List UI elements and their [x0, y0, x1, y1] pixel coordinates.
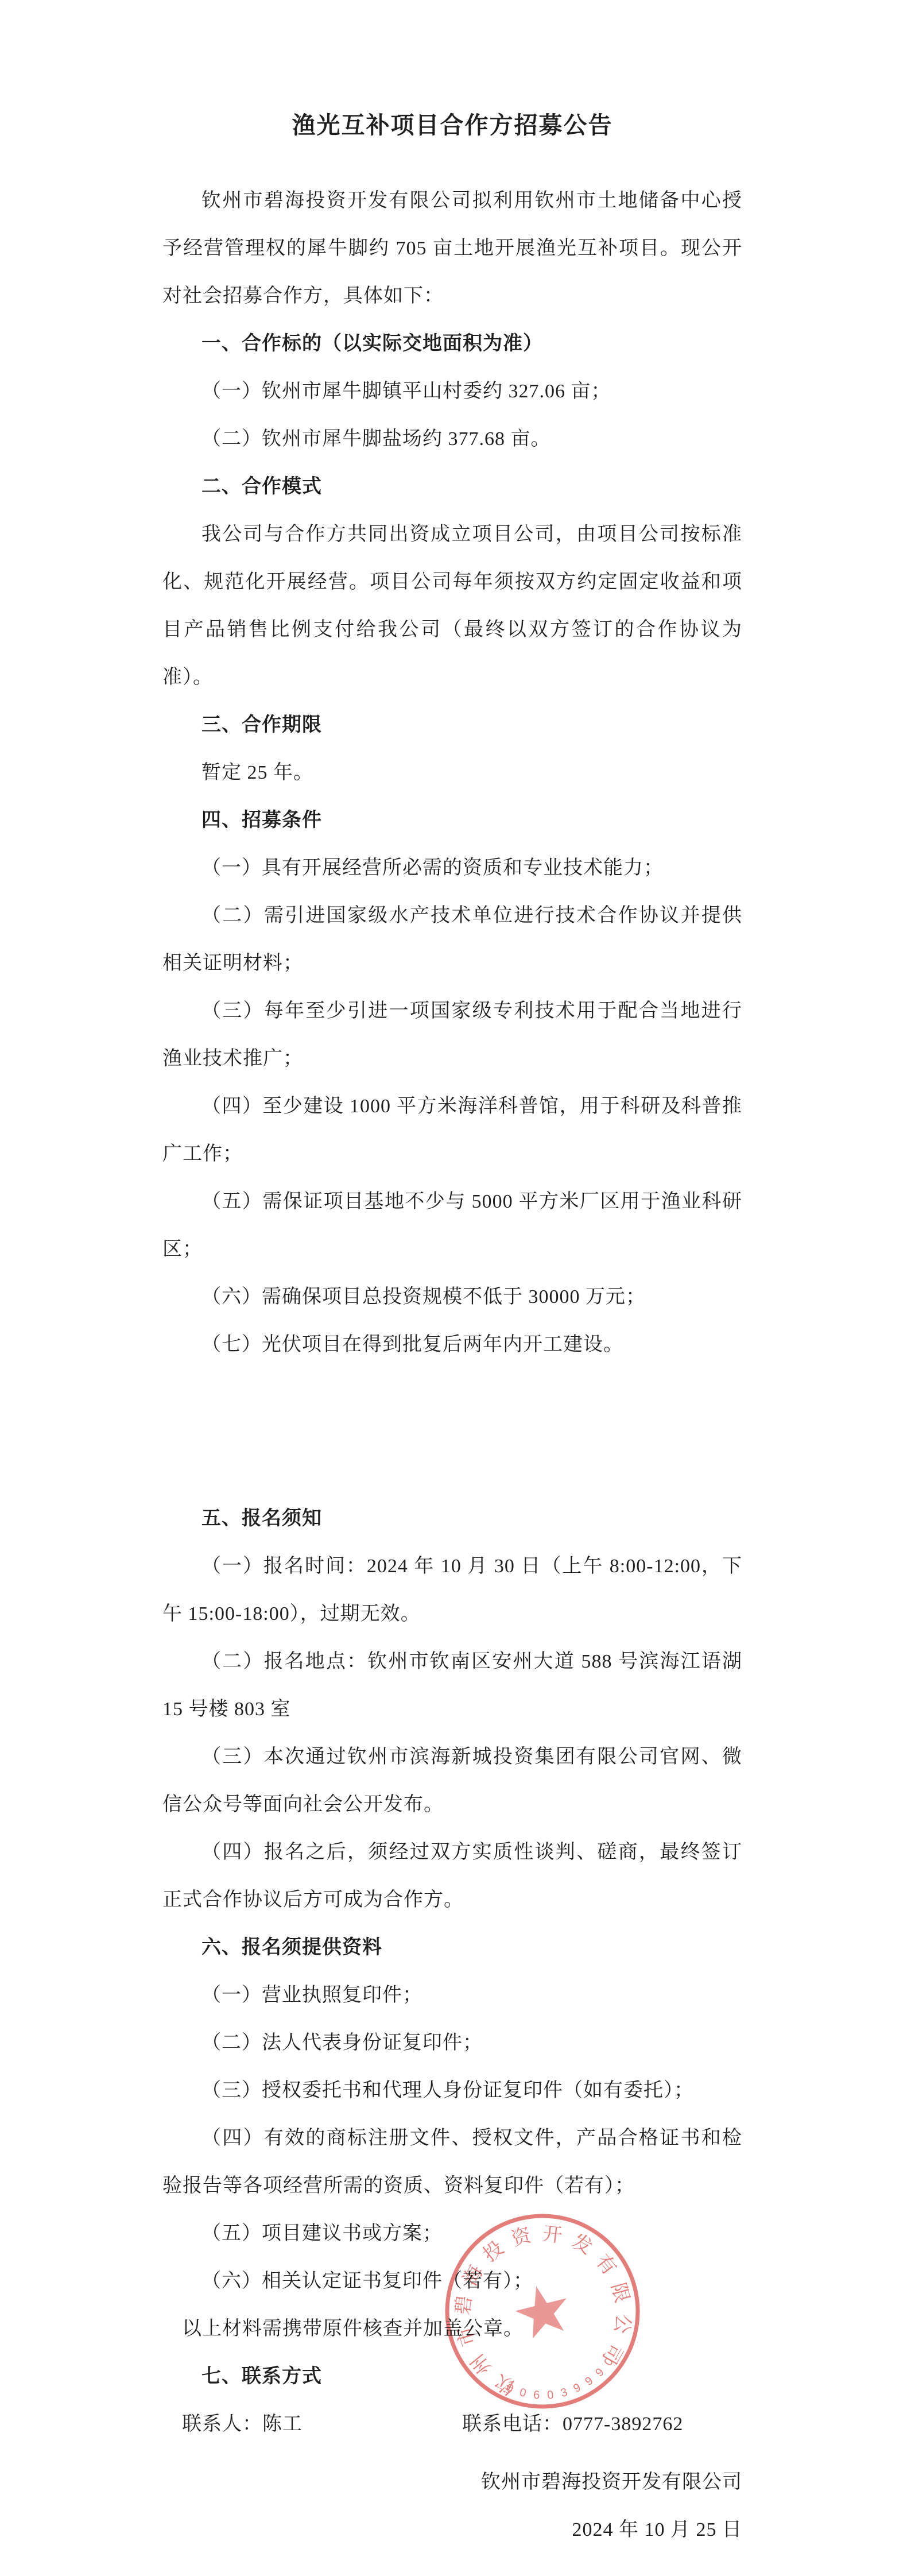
section-heading: 五、报名须知	[162, 1495, 742, 1542]
paragraph: （一）钦州市犀牛脚镇平山村委约 327.06 亩；	[162, 368, 742, 415]
paragraph: （一）具有开展经营所必需的资质和专业技术能力；	[162, 844, 742, 892]
section-heading: 六、报名须提供资料	[162, 1924, 742, 1971]
paragraph: （三）本次通过钦州市滨海新城投资集团有限公司官网、微信公众号等面向社会公开发布。	[162, 1733, 742, 1828]
paragraph: 钦州市碧海投资开发有限公司拟利用钦州市土地储备中心授予经营管理权的犀牛脚约 70…	[162, 177, 742, 320]
paragraph: （四）报名之后，须经过双方实质性谈判、磋商，最终签订正式合作协议后方可成为合作方…	[162, 1828, 742, 1924]
paragraph: （一）营业执照复印件；	[162, 1971, 742, 2019]
paragraph: 以上材料需携带原件核查并加盖公章。	[162, 2305, 742, 2353]
paragraph: 暂定 25 年。	[162, 749, 742, 796]
section-heading: 二、合作模式	[162, 463, 742, 510]
paragraph: （六）相关认定证书复印件（若有）；	[162, 2257, 742, 2305]
section-heading: 一、合作标的（以实际交地面积为准）	[162, 320, 742, 368]
signature-block: 钦州市碧海投资开发有限公司 2024 年 10 月 25 日	[162, 2458, 742, 2554]
paragraph: （二）钦州市犀牛脚盐场约 377.68 亩。	[162, 415, 742, 463]
contact-person: 联系人：陈工	[162, 2400, 462, 2448]
paragraph: （七）光伏项目在得到批复后两年内开工建设。	[162, 1321, 742, 1368]
signature-company: 钦州市碧海投资开发有限公司	[162, 2458, 742, 2506]
paragraph: （五）项目建议书或方案；	[162, 2210, 742, 2257]
document-blocks: 渔光互补项目合作方招募公告钦州市碧海投资开发有限公司拟利用钦州市土地储备中心授予…	[162, 96, 742, 2400]
document-body: 渔光互补项目合作方招募公告钦州市碧海投资开发有限公司拟利用钦州市土地储备中心授予…	[162, 96, 742, 2554]
paragraph: （四）有效的商标注册文件、授权文件，产品合格证书和检验报告等各项经营所需的资质、…	[162, 2114, 742, 2210]
section-heading: 三、合作期限	[162, 701, 742, 749]
paragraph: （四）至少建设 1000 平方米海洋科普馆，用于科研及科普推广工作；	[162, 1082, 742, 1178]
document-page: 渔光互补项目合作方招募公告钦州市碧海投资开发有限公司拟利用钦州市土地储备中心授予…	[0, 0, 911, 2576]
page-gap	[162, 1368, 742, 1495]
paragraph: （二）需引进国家级水产技术单位进行技术合作协议并提供相关证明材料；	[162, 892, 742, 987]
contact-line: 联系人：陈工 联系电话：0777-3892762	[162, 2400, 742, 2448]
section-heading: 七、联系方式	[162, 2353, 742, 2400]
paragraph: （三）每年至少引进一项国家级专利技术用于配合当地进行渔业技术推广；	[162, 987, 742, 1082]
doc-title: 渔光互补项目合作方招募公告	[162, 96, 742, 154]
paragraph: （二）法人代表身份证复印件；	[162, 2019, 742, 2067]
section-heading: 四、招募条件	[162, 796, 742, 844]
paragraph: （一）报名时间：2024 年 10 月 30 日（上午 8:00-12:00，下…	[162, 1542, 742, 1638]
paragraph: 我公司与合作方共同出资成立项目公司，由项目公司按标准化、规范化开展经营。项目公司…	[162, 510, 742, 701]
paragraph: （五）需保证项目基地不少与 5000 平方米厂区用于渔业科研区；	[162, 1178, 742, 1273]
paragraph: （二）报名地点：钦州市钦南区安州大道 588 号滨海江语湖 15 号楼 803 …	[162, 1638, 742, 1733]
paragraph: （六）需确保项目总投资规模不低于 30000 万元；	[162, 1273, 742, 1321]
contact-phone: 联系电话：0777-3892762	[462, 2400, 683, 2448]
signature-date: 2024 年 10 月 25 日	[162, 2506, 742, 2554]
paragraph: （三）授权委托书和代理人身份证复印件（如有委托）；	[162, 2067, 742, 2114]
